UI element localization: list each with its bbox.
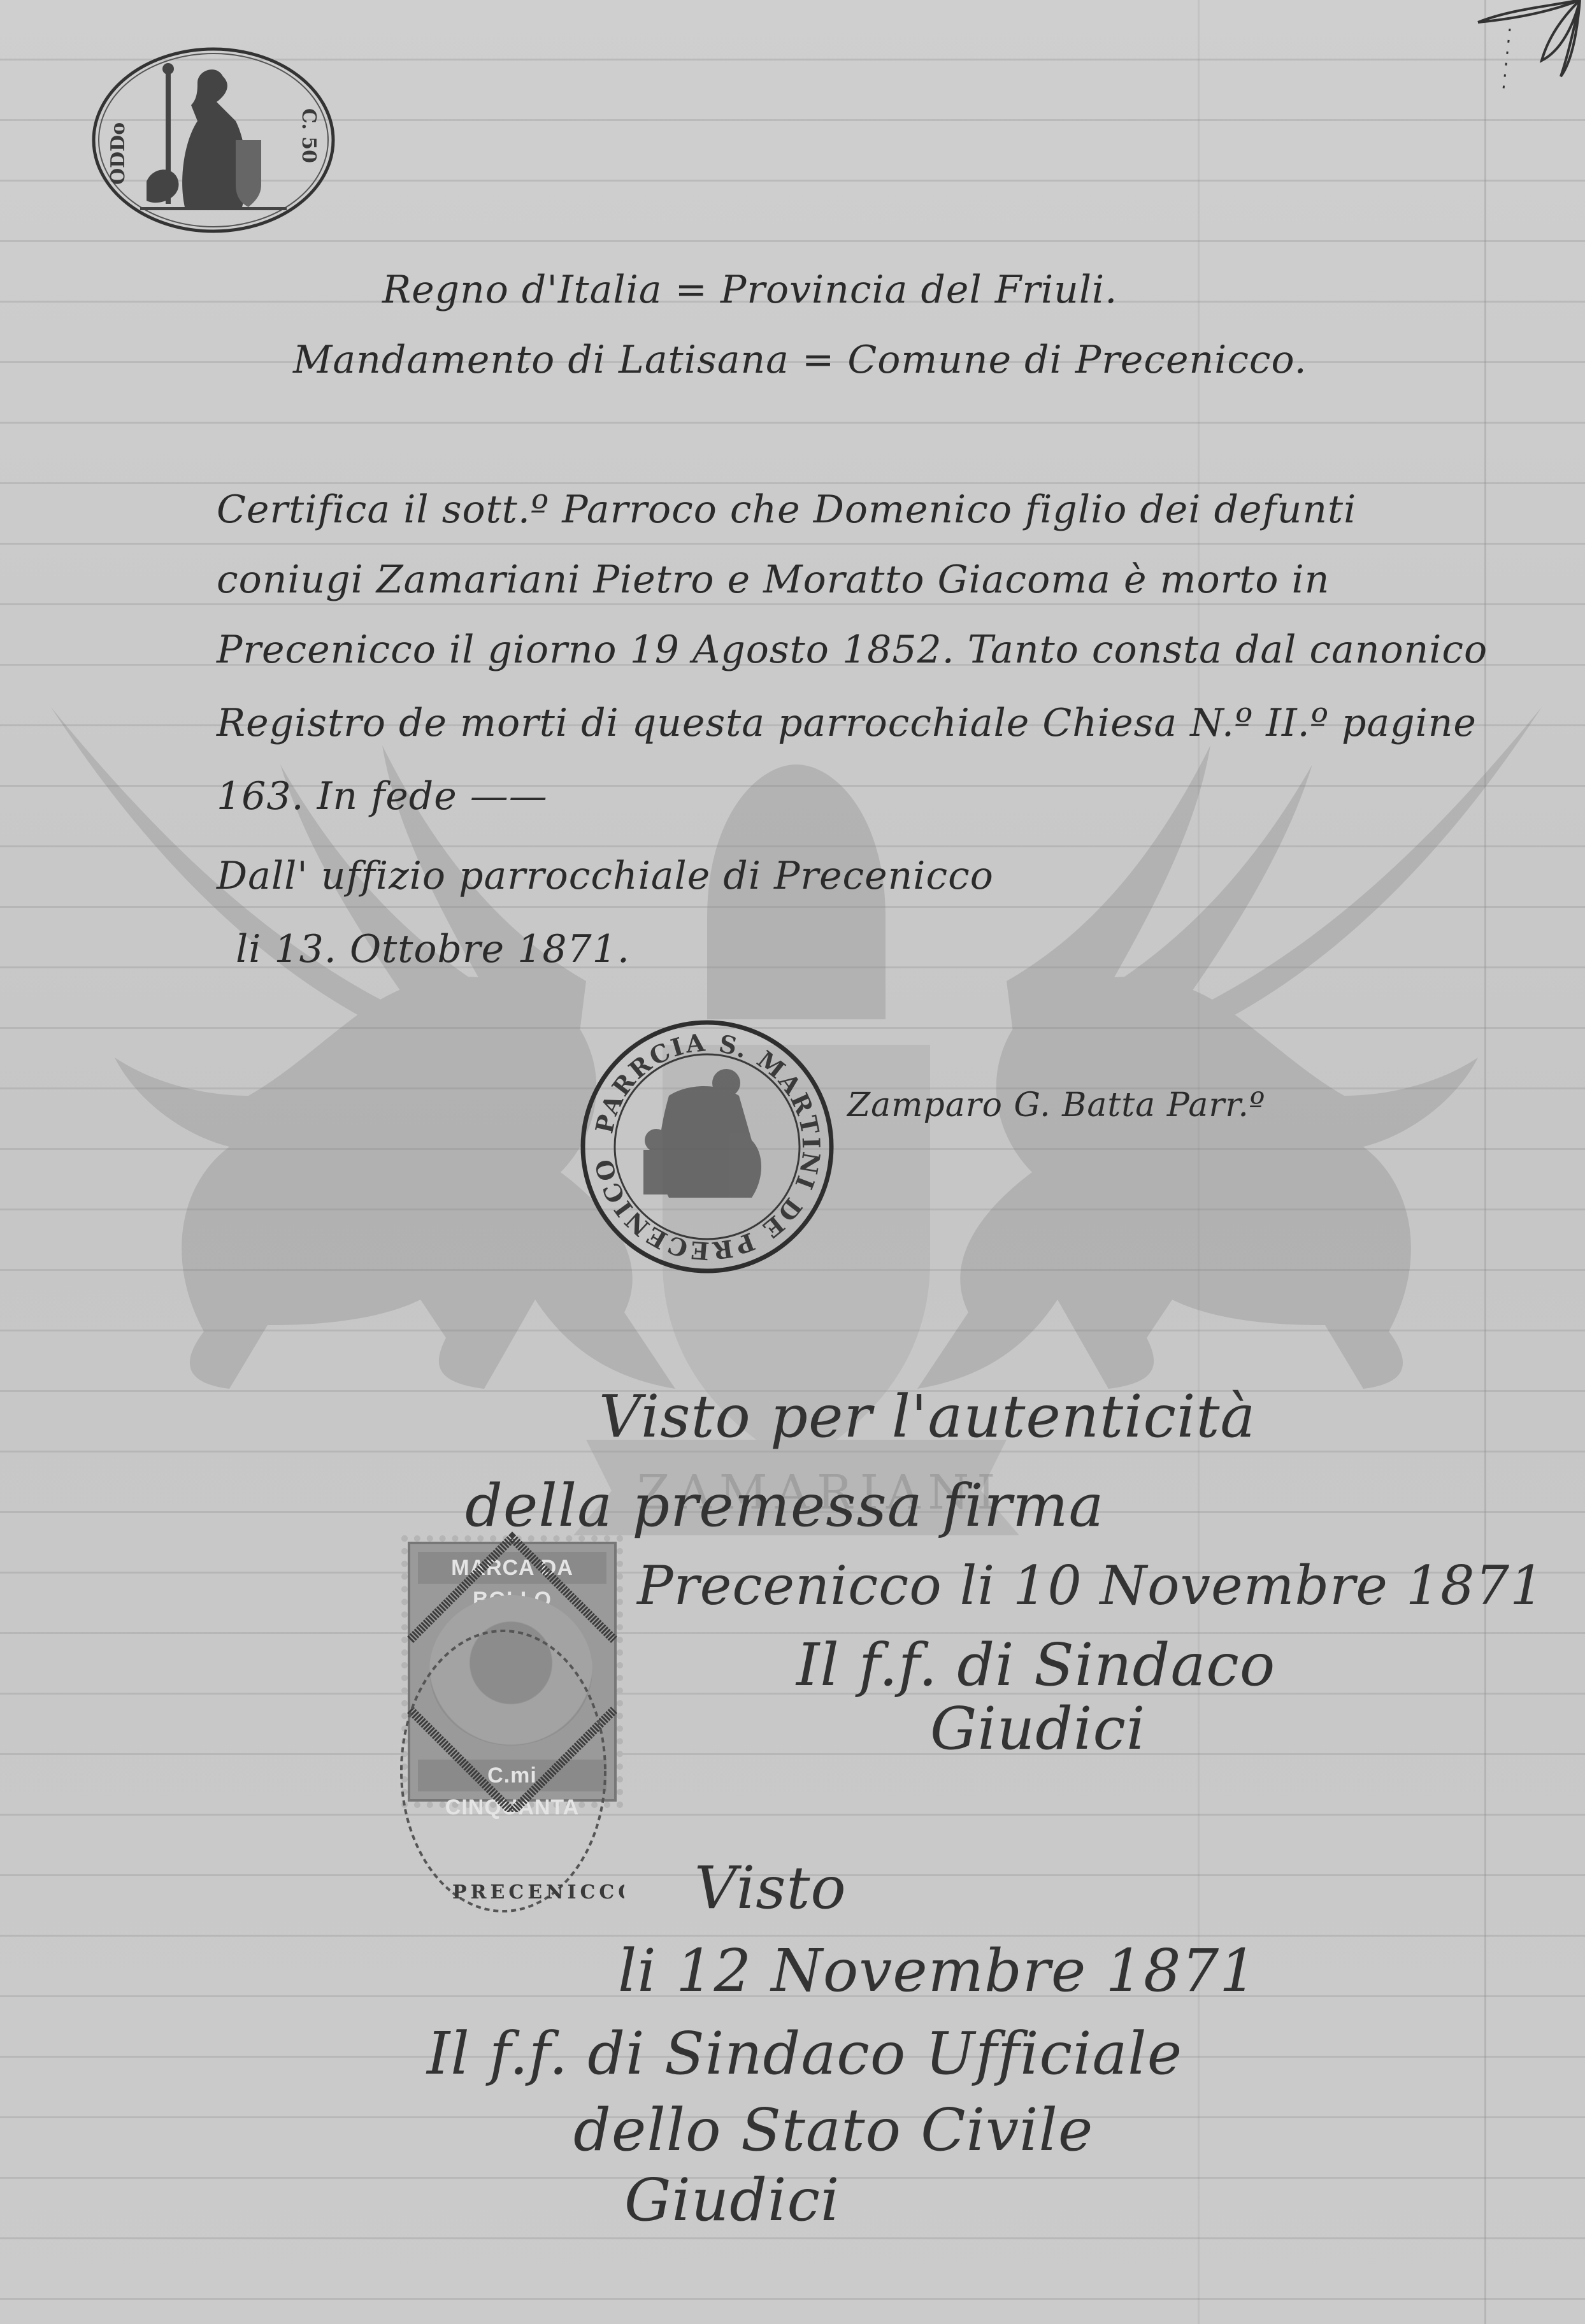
visa-line-3: Il f.f. di Sindaco Ufficiale [427, 2019, 1182, 2088]
body-line-2: coniugi Zamariani Pietro e Moratto Giaco… [217, 557, 1330, 602]
header-district-commune: Mandamento di Latisana = Comune di Prece… [293, 338, 1307, 382]
svg-text:PRECENICCO: PRECENICCO [452, 1881, 624, 1904]
visa-line-2: li 12 Novembre 1871 [618, 1937, 1258, 2005]
svg-text:C. 50: C. 50 [298, 108, 320, 163]
municipal-stamp-icon: PRECENICCO [382, 1618, 624, 1924]
revenue-seal-icon: ODDo C. 50 [89, 45, 338, 236]
auth-signature: Giudici [930, 1695, 1145, 1763]
svg-text:ODDo: ODDo [107, 122, 129, 185]
visa-line-4: dello Stato Civile [573, 2096, 1093, 2164]
auth-line-4: Il f.f. di Sindaco [796, 1631, 1275, 1699]
visa-signature: Giudici [624, 2166, 840, 2234]
date-line: li 13. Ottobre 1871. [236, 927, 630, 972]
body-line-5: 163. In fede —— [217, 774, 548, 819]
body-line-3: Precenicco il giorno 19 Agosto 1852. Tan… [217, 628, 1488, 672]
auth-line-2: della premessa firma [465, 1472, 1104, 1540]
corner-flourish-icon [1472, 0, 1585, 89]
priest-signature: Zamparo G. Batta Parr.º [847, 1086, 1265, 1124]
auth-line-3: Precenicco li 10 Novembre 1871 [637, 1554, 1545, 1617]
parish-seal-icon: PARRCIA S. MARTINI DE PRECENICO [573, 1013, 841, 1280]
visa-line-1: Visto [694, 1854, 847, 1922]
body-line-4: Registro de morti di questa parrocchiale… [217, 701, 1477, 745]
office-line: Dall' uffizio parrocchiale di Precenicco [217, 854, 994, 898]
auth-line-1: Visto per l'autenticità [599, 1382, 1256, 1451]
header-kingdom-province: Regno d'Italia = Provincia del Friuli. [382, 268, 1117, 312]
body-line-1: Certifica il sott.º Parroco che Domenico… [217, 487, 1356, 532]
